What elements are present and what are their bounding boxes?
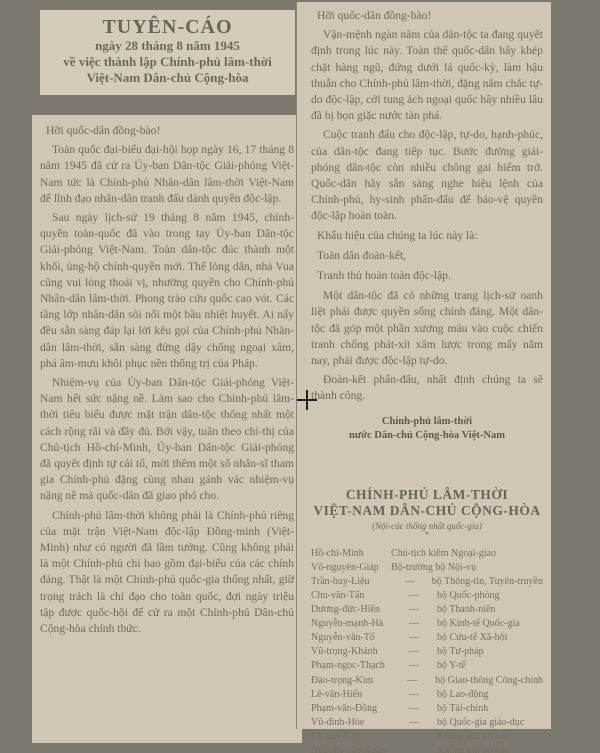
member-role: bộ Quốc-phòng — [437, 589, 543, 603]
member-name: Phạm-văn-Đồng — [311, 702, 391, 716]
right-paragraph: Đoàn-kết phấn-đấu, nhất định chúng ta sẽ… — [311, 372, 543, 404]
right-paragraph: Vận-mệnh ngàn năm của dân-tộc ta đang qu… — [311, 27, 543, 124]
cabinet-title-line: VIỆT-NAM DÂN-CHỦ CỘNG-HÒA — [311, 503, 543, 519]
cabinet-row: Đào-trọng-Kim—bộ Giao-thông Công-chính — [311, 674, 543, 688]
member-name: Dương-đức-Hiền — [311, 603, 391, 617]
member-role: bộ Thông-tin, Tuyên-truyền — [432, 575, 543, 589]
cabinet-row: Phạm-ngọc-Thạch—bộ Y-tế — [311, 659, 543, 673]
cabinet-row: Lê-văn-Hiến—bộ Lao-động — [311, 688, 543, 702]
left-paragraph: Nhiệm-vụ của Ủy-ban Dân-tộc Giải-phóng V… — [40, 375, 294, 505]
right-paragraph: Một dân-tộc đã có những trang lịch-sử oa… — [311, 288, 543, 369]
cabinet-row: Hồ-chí-MinhChủ-tịch kiêm Ngoại-giao — [311, 547, 543, 561]
proclamation-header: TUYÊN-CÁO ngày 28 tháng 8 năm 1945 về vi… — [40, 10, 295, 95]
cabinet-row: Chu-văn-Tấn—bộ Quốc-phòng — [311, 589, 543, 603]
member-role: bộ Quốc-gia giáo-dục — [437, 716, 543, 730]
member-role: bộ Tư-pháp — [437, 645, 543, 659]
right-greeting: Hỡi quốc-dân đồng-bào! — [311, 8, 543, 24]
signature-line: Chính-phủ lâm-thời — [311, 415, 543, 429]
cabinet-row: Nguyễn-văn-XuânKhông giữ bộ nào — [311, 744, 543, 753]
slogan-item: Toàn dân đoàn-kết, — [317, 248, 543, 264]
member-name: Vũ-trọng-Khánh — [311, 645, 391, 659]
dash: — — [391, 659, 437, 673]
member-name: Trần-huy-Liệu — [311, 575, 388, 589]
member-name: Võ-nguyên-Giáp — [311, 561, 391, 575]
right-column-text: Hỡi quốc-dân đồng-bào! Vận-mệnh ngàn năm… — [296, 2, 551, 729]
signature: Chính-phủ lâm-thời nước Dân-chủ Cộng-hòa… — [311, 415, 543, 443]
member-role: bộ Cứu-tế Xã-hội — [437, 631, 543, 645]
left-paragraph: Toàn quốc đại-biểu đại-hội họp ngày 16, … — [40, 142, 294, 207]
member-role: bộ Lao-động — [437, 688, 543, 702]
member-name: Cù-huy-Cận — [311, 730, 391, 744]
header-country: Việt-Nam Dân-chủ Cộng-hòa — [40, 70, 295, 86]
member-role: bộ Y-tế — [437, 659, 543, 673]
crosshair-cursor-icon — [297, 390, 317, 410]
member-name: Đào-trọng-Kim — [311, 674, 390, 688]
cabinet-row: Cù-huy-CậnKhông giữ bộ nào — [311, 730, 543, 744]
member-role: Không giữ bộ nào — [437, 744, 543, 753]
star-ornament-icon: * — [311, 531, 543, 539]
dash: — — [391, 645, 437, 659]
member-role: bộ Tài-chính — [437, 702, 543, 716]
left-paragraph: Sau ngày lịch-sử 19 tháng 8 năm 1945, ch… — [40, 210, 294, 372]
member-role: Chủ-tịch kiêm Ngoại-giao — [391, 547, 543, 561]
member-role: bộ Giao-thông Công-chính — [435, 674, 543, 688]
cabinet-title: CHÍNH-PHỦ LÂM-THỜI VIỆT-NAM DÂN-CHỦ CỘNG… — [311, 487, 543, 519]
cabinet-row: Nguyễn-mạnh-Hà—bộ Kinh-tế Quốc-gia — [311, 617, 543, 631]
cabinet-row: Võ-nguyên-GiápBộ-trưởng bộ Nội-vụ — [311, 561, 543, 575]
header-title: TUYÊN-CÁO — [40, 16, 295, 38]
slogan-item: Tranh thủ hoàn toàn độc-lập. — [317, 268, 543, 284]
member-name: Nguyễn-văn-Xuân — [311, 744, 391, 753]
dash: — — [391, 716, 437, 730]
member-name: Vũ-đình-Hòe — [311, 716, 391, 730]
member-name: Nguyễn-mạnh-Hà — [311, 617, 391, 631]
member-role: bộ Thanh-niên — [437, 603, 543, 617]
header-subject: về việc thành lập Chính-phủ lâm-thời — [40, 54, 295, 70]
member-name: Lê-văn-Hiến — [311, 688, 391, 702]
member-role: Không giữ bộ nào — [437, 730, 543, 744]
dash: — — [391, 702, 437, 716]
dash — [391, 730, 437, 744]
dash — [391, 744, 437, 753]
dash: — — [391, 617, 437, 631]
dash: — — [388, 575, 432, 589]
slogan-intro: Khẩu hiệu của chúng ta lúc này là: — [317, 228, 543, 244]
member-role: bộ Kinh-tế Quốc-gia — [437, 617, 543, 631]
cabinet-row: Vũ-trọng-Khánh—bộ Tư-pháp — [311, 645, 543, 659]
signature-line: nước Dân-chủ Cộng-hòa Việt-Nam — [311, 429, 543, 443]
cabinet-row: Vũ-đình-Hòe—bộ Quốc-gia giáo-dục — [311, 716, 543, 730]
cabinet-row: Trần-huy-Liệu—bộ Thông-tin, Tuyên-truyền — [311, 575, 543, 589]
right-paragraph: Cuộc tranh đấu cho độc-lập, tự-do, hạnh-… — [311, 127, 543, 224]
cabinet-row: Dương-đức-Hiền—bộ Thanh-niên — [311, 603, 543, 617]
dash: — — [391, 603, 437, 617]
member-name: Hồ-chí-Minh — [311, 547, 391, 561]
member-name: Phạm-ngọc-Thạch — [311, 659, 391, 673]
dash: — — [390, 674, 435, 688]
header-date: ngày 28 tháng 8 năm 1945 — [40, 38, 295, 54]
member-name: Nguyễn-văn-Tố — [311, 631, 391, 645]
cabinet-title-line: CHÍNH-PHỦ LÂM-THỜI — [311, 487, 543, 503]
cabinet-list: Hồ-chí-MinhChủ-tịch kiêm Ngoại-giao Võ-n… — [311, 547, 543, 753]
left-greeting: Hỡi quốc-dân đồng-bào! — [40, 123, 294, 139]
left-column-text: Hỡi quốc-dân đồng-bào! Toàn quốc đại-biể… — [32, 115, 302, 743]
cabinet-row: Nguyễn-văn-Tố—bộ Cứu-tế Xã-hội — [311, 631, 543, 645]
member-role: Bộ-trưởng bộ Nội-vụ — [391, 561, 543, 575]
dash: — — [391, 631, 437, 645]
left-paragraph: Chính-phủ lâm-thời không phải là Chính-p… — [40, 508, 294, 638]
dash: — — [391, 688, 437, 702]
cabinet-row: Phạm-văn-Đồng—bộ Tài-chính — [311, 702, 543, 716]
member-name: Chu-văn-Tấn — [311, 589, 391, 603]
dash: — — [391, 589, 437, 603]
